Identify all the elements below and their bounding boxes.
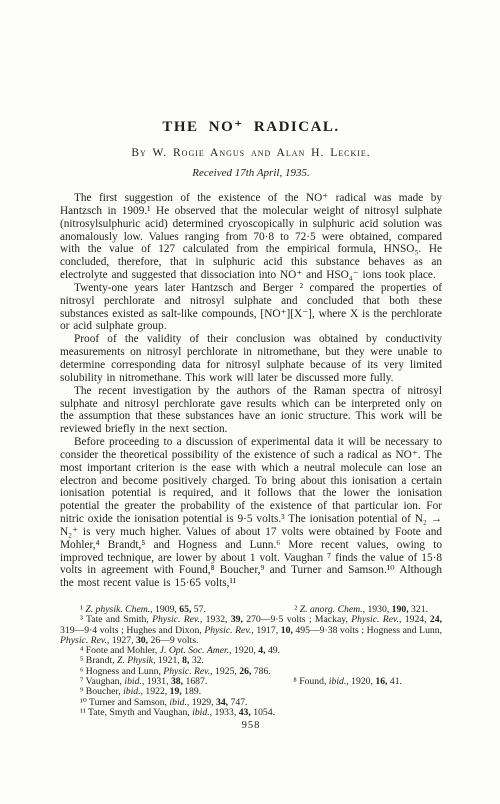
paragraph-3: Proof of the validity of their conclusio… [60,333,442,384]
article-body: The first suggestion of the existence of… [60,192,442,590]
page-number: 958 [60,721,442,731]
article-byline: By W. Rogie Angus and Alan H. Leckie. [60,147,442,159]
footnote-3: ³ Tate and Smith, Physic. Rev., 1932, 39… [60,615,442,646]
received-date: Received 17th April, 1935. [60,167,442,179]
article-title: THE NO⁺ RADICAL. [60,117,442,136]
footnote-11: ¹¹ Tate, Smyth and Vaughan, ibid., 1933,… [60,708,442,718]
footnote-8: ⁸ Found, ibid., 1920, 16, 41. [293,677,402,687]
footnote-block: ¹ Z. physik. Chem., 1909, 65, 57. ² Z. a… [60,605,442,732]
paragraph-2: Twenty-one years later Hantzsch and Berg… [60,282,442,333]
article-header: THE NO⁺ RADICAL. By W. Rogie Angus and A… [60,117,442,179]
paragraph-4: The recent investigation by the authors … [60,385,442,436]
paragraph-1: The first suggestion of the existence of… [60,192,442,282]
paragraph-5: Before proceeding to a discussion of exp… [60,436,442,590]
journal-page: THE NO⁺ RADICAL. By W. Rogie Angus and A… [0,0,500,804]
